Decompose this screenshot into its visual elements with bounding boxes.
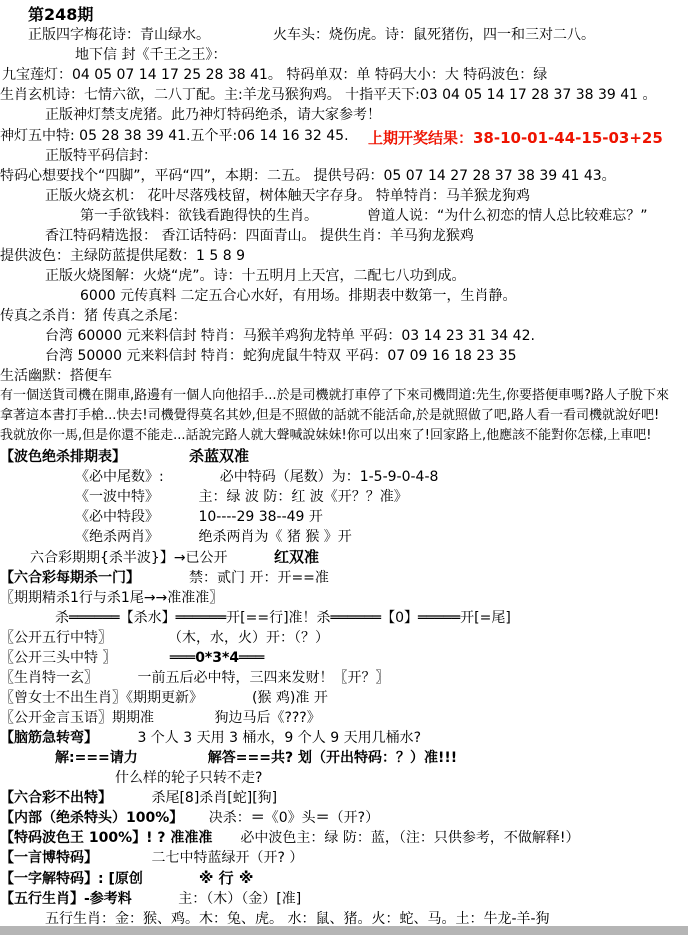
text-segment: 〖期期精杀1行与杀1尾→→准准准〗 — [0, 590, 223, 606]
wave-color-king-line: 【特码波色王 100%】! ? 准准准 必中波色主：绿 防：蓝，（注：只供参考，… — [0, 828, 688, 848]
wheel-riddle-line: 什么样的轮子只转不走? — [115, 768, 688, 788]
text-segment: 第248期 — [28, 5, 93, 24]
text-segment: 生活幽默：搭便车 — [0, 368, 112, 384]
one-wave-special-line: 《一波中特》 主：绿 波 防：红 波《开？？准》 — [75, 487, 688, 507]
wave-kill-table-header: 【波色绝杀排期表】 杀蓝双准 — [0, 446, 688, 467]
brain-teaser-answer-line: 解:===请力 解答===共? 划（开出特码：？）准!!! — [55, 748, 688, 768]
kill-water-line: 杀══════【杀水】══════开[==行]准！杀══════【0】═════… — [55, 608, 688, 628]
text-segment — [138, 750, 208, 766]
text-segment: 〖曾女士不出生肖〗《期期更新》 (猴 鸡)准 开 — [0, 690, 328, 706]
five-element-zodiac-header: 【五行生肖】-参考料 主：（木）（金）[准] — [0, 889, 688, 909]
text-segment: 《一波中特》 主：绿 波 防：红 波《开？？准》 — [75, 489, 408, 505]
kill-row-tail-line: 〖期期精杀1行与杀1尾→→准准准〗 — [0, 588, 688, 608]
text-segment: 特码心想要找个“四脚”，平码“四”，本期：二五。 提供号码：05 07 14 2… — [0, 168, 616, 184]
text-segment: 香江特码精选报： 香江话特码：四面青山。 提供生肖：羊马狗龙猴鸡 — [45, 228, 474, 244]
kill-two-zodiac-line: 《绝杀两肖》 绝杀两肖为《 猪 猴 》开 — [75, 527, 688, 547]
text-segment: 【一字解特码】: [原创 — [0, 871, 143, 887]
internal-kill-head-line: 【内部（绝杀特头）100%】 决杀：＝《0》头＝（开?） — [0, 808, 688, 828]
lamp-five-special-line: 神灯五中特: 05 28 38 39 41.五个平:06 14 16 32 45… — [0, 125, 688, 146]
four-feet-line: 特码心想要找个“四脚”，平码“四”，本期：二五。 提供号码：05 07 14 2… — [0, 166, 688, 186]
money-wish-line: 第一手欲钱料：欲钱看跑得快的生肖。 曾道人说：“为什么初恋的情人总比较难忘？” — [80, 206, 688, 226]
text-segment — [119, 449, 189, 465]
fire-diagram-line: 正版火烧图解：火烧“虎”。诗：十五明月上天宫，二配七八功到成。 — [45, 266, 688, 286]
fire-mystery-line: 正版火烧玄机： 花叶尽落残枝留，树体触天字存身。 特单特肖：马羊猴龙狗鸡 — [45, 186, 688, 206]
wave-color-line: 提供波色：主绿防蓝提供尾数：1 5 8 9 — [0, 246, 688, 266]
text-segment — [143, 871, 199, 887]
plum-poem-line: 正版四字梅花诗：青山绿水。 火车头：烧伤虎。诗：鼠死猪伤，四一和三对二八。 — [28, 25, 688, 45]
text-segment: （开?） — [330, 810, 379, 826]
text-segment: 杀══════【杀水】══════开[==行]准！杀══════【0】═════… — [55, 610, 511, 626]
text-segment: 〖公开三头中特 〗 — [0, 650, 170, 666]
text-segment: 解答===共? 划（开出特码：？）准!!! — [208, 750, 457, 766]
one-char-solve-line: 【一字解特码】: [原创 ※ 行 ※ — [0, 868, 688, 889]
fax-kill-line: 传真之杀肖：猪 传真之杀尾： — [0, 306, 688, 326]
text-segment: 〖生肖特一玄〗 一前五后必中特，三四来发财！〖开？〗 — [0, 670, 389, 686]
must-hit-segment-line: 《必中特段》 10----29 38--49 开 — [75, 507, 688, 527]
text-segment: 拿著這本書打手槍...快去!司機覺得莫名其妙,但是不照做的話就不能活命,於是就照… — [0, 408, 659, 423]
brain-teaser-line: 【脑筋急转弯】 3 个人 3 天用 3 桶水，9 个人 9 天用几桶水? — [0, 728, 688, 748]
humor-title-line: 生活幽默：搭便车 — [0, 366, 688, 386]
half-wave-kill-line: 六合彩期期{杀半波}】→已公开 红双准 — [30, 547, 688, 568]
text-segment: 地下信 封《千王之王》： — [75, 47, 226, 63]
hongkong-special-line: 香江特码精选报： 香江话特码：四面青山。 提供生肖：羊马狗龙猴鸡 — [45, 226, 688, 246]
text-segment: 生肖玄机诗：七情六欲，二八丁配。主:羊龙马猴狗鸡。 十指平天下:03 04 05… — [0, 87, 657, 103]
last-draw-result: 上期开奖结果：38-10-01-44-15-03+25 — [353, 129, 663, 147]
three-heads-line: 〖公开三头中特 〗 ═══0*3*4═══ — [0, 648, 688, 668]
madam-zeng-line: 〖曾女士不出生肖〗《期期更新》 (猴 鸡)准 开 — [0, 688, 688, 708]
text-segment: 提供波色：主绿防蓝提供尾数：1 5 8 9 — [0, 248, 245, 264]
text-segment: 决杀： — [176, 810, 250, 826]
text-segment: 正版火烧图解：火烧“虎”。诗：十五明月上天宫，二配七八功到成。 — [45, 268, 466, 284]
text-segment: 杀蓝双准 — [189, 447, 249, 465]
text-segment: 《绝杀两肖》 绝杀两肖为《 猪 猴 》开 — [75, 529, 352, 545]
text-segment: 神灯五中特: 05 28 38 39 41.五个平:06 14 16 32 45… — [0, 128, 353, 144]
five-elements-line: 〖公开五行中特〗 （木，水，火）开：（？） — [0, 628, 688, 648]
underground-letter-line: 地下信 封《千王之王》： — [75, 45, 688, 65]
footer-bar — [0, 926, 688, 935]
text-segment: 6000 元传真料 二定五合心水好，有用场。排期表中数第一，生肖静。 — [80, 288, 517, 304]
document-body: 第248期正版四字梅花诗：青山绿水。 火车头：烧伤虎。诗：鼠死猪伤，四一和三对二… — [0, 5, 688, 929]
text-segment: 六合彩期期{杀半波}】→已公开 — [30, 550, 274, 566]
text-segment: 《必中特段》 10----29 38--49 开 — [75, 509, 323, 525]
text-segment: 【六合彩每期杀一门】 — [0, 570, 133, 586]
text-segment: 正版神灯禁支虎猪。此乃神灯特码绝杀，请大家参考！ — [45, 107, 381, 123]
text-segment: 正版火烧玄机： 花叶尽落残枝留，树体触天字存身。 特单特肖：马羊猴龙狗鸡 — [45, 188, 530, 204]
taiwan-60000-line: 台湾 60000 元来料信封 特肖：马猴羊鸡狗龙特单 平码：03 14 23 3… — [45, 326, 688, 346]
text-segment: 第一手欲钱料：欲钱看跑得快的生肖。 曾道人说：“为什么初恋的情人总比较难忘？” — [80, 208, 648, 224]
not-out-special-line: 【六合彩不出特】 杀尾[8]杀肖[蛇][狗] — [0, 788, 688, 808]
text-segment: 杀尾[8]杀肖[蛇][狗] — [105, 790, 277, 806]
text-segment: 九宝莲灯：04 05 07 14 17 25 28 38 41。 特码单双：单 … — [2, 67, 547, 83]
text-segment: 什么样的轮子只转不走? — [115, 770, 262, 786]
text-segment: 【六合彩不出特】 — [0, 790, 105, 806]
text-segment: 有一個送貨司機在開車,路邊有一個人向他招手...於是司機就打車停了下來司機問道:… — [0, 388, 669, 403]
text-segment: 主：（木）（金）[准] — [132, 891, 301, 907]
text-segment: 【波色绝杀排期表】 — [0, 449, 119, 465]
text-segment: 我就放你一馬,但是你還不能走...話說完路人就大聲喊說妹妹!你可以出來了!回家路… — [0, 428, 651, 443]
text-segment: 台湾 50000 元来料信封 特肖：蛇狗虎鼠牛特双 平码：07 09 16 18… — [45, 348, 516, 364]
text-segment: ＝ — [251, 810, 265, 826]
text-segment: 禁：贰门 开：开==准 — [133, 570, 329, 586]
text-segment: 五行生肖：金：猴、鸡。木：兔、虎。 水：鼠、猪。火：蛇、马。土：牛龙-羊-狗 — [45, 911, 550, 927]
zodiac-mystery-poem-line: 生肖玄机诗：七情六欲，二八丁配。主:羊龙马猴狗鸡。 十指平天下:03 04 05… — [0, 85, 688, 105]
magic-lamp-kill-line: 正版神灯禁支虎猪。此乃神灯特码绝杀，请大家参考！ — [45, 105, 688, 125]
text-segment: 【内部（绝杀特头）100%】 — [0, 810, 176, 826]
text-segment: 3 个人 3 天用 3 桶水，9 个人 9 天用几桶水? — [91, 730, 421, 746]
joke-line-3: 我就放你一馬,但是你還不能走...話說完路人就大聲喊說妹妹!你可以出來了!回家路… — [0, 426, 688, 446]
text-segment: 台湾 60000 元来料信封 特肖：马猴羊鸡狗龙特单 平码：03 14 23 3… — [45, 328, 535, 344]
taiwan-50000-line: 台湾 50000 元来料信封 特肖：蛇狗虎鼠牛特双 平码：07 09 16 18… — [45, 346, 688, 366]
text-segment: 【五行生肖】-参考料 — [0, 891, 132, 907]
special-flat-envelope-line: 正版特平码信封： — [45, 146, 688, 166]
must-hit-tail-line: 《必中尾数》: 必中特码（尾数）为：1-5-9-0-4-8 — [75, 467, 688, 487]
text-segment: 正版特平码信封： — [45, 148, 157, 164]
one-word-bet-line: 【一言博特码】 二七中特蓝绿开（开? ） — [0, 848, 688, 868]
nine-lotus-lamp-line: 九宝莲灯：04 05 07 14 17 25 28 38 41。 特码单双：单 … — [2, 65, 688, 85]
text-segment: 《0》头 — [265, 810, 316, 826]
text-segment: 【脑筋急转弯】 — [0, 730, 91, 746]
text-segment: 必中波色主：绿 防：蓝，（注：只供参考，不做解释!） — [212, 830, 579, 846]
text-segment: 解:===请力 — [55, 750, 138, 766]
text-segment: ※ 行 ※ — [199, 869, 254, 887]
issue-title: 第248期 — [28, 5, 688, 25]
text-segment: 正版四字梅花诗：青山绿水。 火车头：烧伤虎。诗：鼠死猪伤，四一和三对二八。 — [28, 27, 595, 43]
kill-one-gate-line: 【六合彩每期杀一门】 禁：贰门 开：开==准 — [0, 568, 688, 588]
text-segment: 《必中尾数》: 必中特码（尾数）为：1-5-9-0-4-8 — [75, 469, 438, 485]
joke-line-2: 拿著這本書打手槍...快去!司機覺得莫名其妙,但是不照做的話就不能活命,於是就照… — [0, 406, 688, 426]
text-segment: 〖公开金言玉语〗期期准 狗边马后《???》 — [0, 710, 321, 726]
joke-line-1: 有一個送貨司機在開車,路邊有一個人向他招手...於是司機就打車停了下來司機問道:… — [0, 386, 688, 406]
text-segment: 传真之杀肖：猪 传真之杀尾： — [0, 308, 186, 324]
fax-6000-line: 6000 元传真料 二定五合心水好，有用场。排期表中数第一，生肖静。 — [80, 286, 688, 306]
zodiac-mystery-line: 〖生肖特一玄〗 一前五后必中特，三四来发财！〖开？〗 — [0, 668, 688, 688]
text-segment: 红双准 — [274, 548, 319, 566]
text-segment: 二七中特蓝绿开（开? ） — [91, 850, 303, 866]
text-segment: 〖公开五行中特〗 （木，水，火）开：（？） — [0, 630, 329, 646]
text-segment: 【一言博特码】 — [0, 850, 91, 866]
text-segment: ＝ — [316, 810, 330, 826]
golden-words-line: 〖公开金言玉语〗期期准 狗边马后《???》 — [0, 708, 688, 728]
text-segment: ═══0*3*4═══ — [170, 650, 264, 666]
text-segment: 【特码波色王 100%】! ? 准准准 — [0, 830, 212, 846]
